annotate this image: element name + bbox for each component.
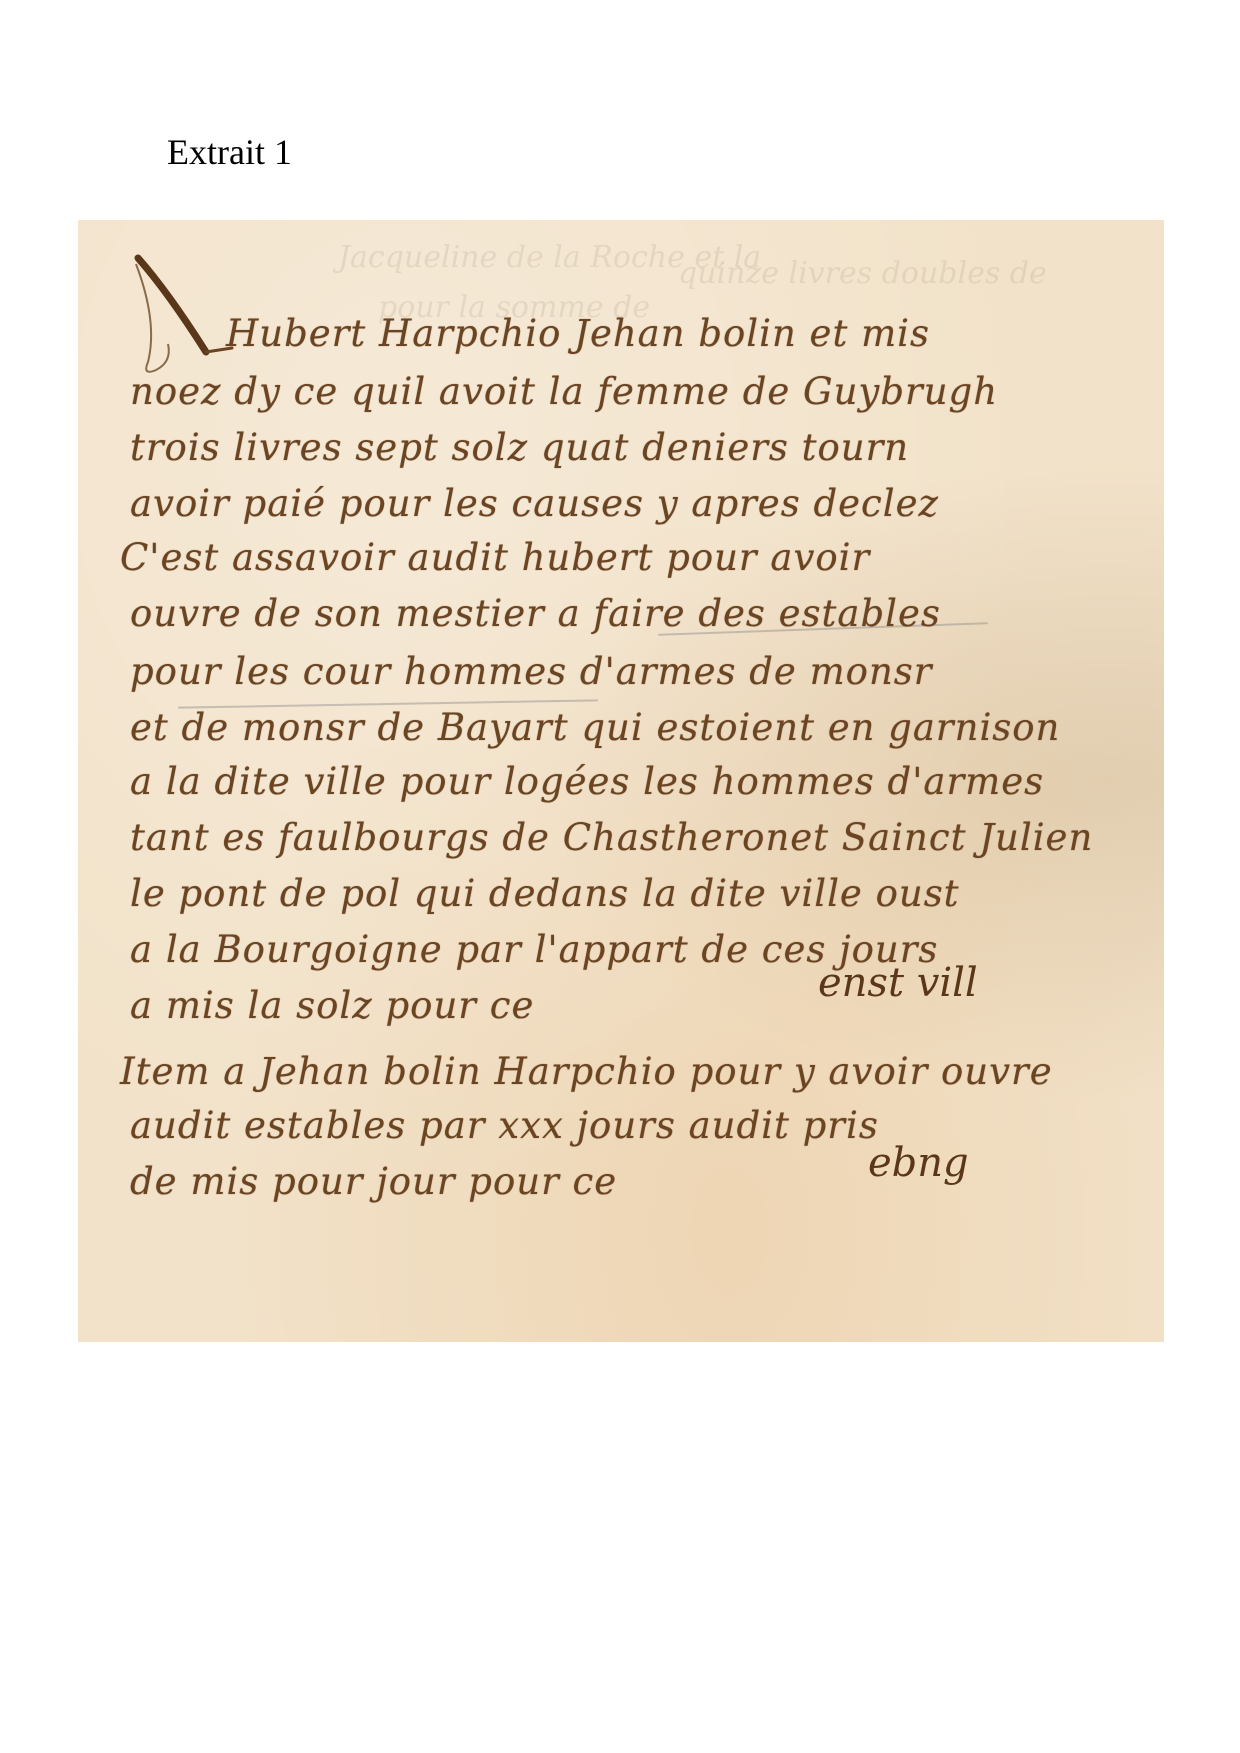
- manuscript-line-1: Hubert Harpchio Jehan bolin et mis: [226, 312, 930, 355]
- manuscript-line-4: avoir paié pour les causes y apres decle…: [130, 482, 939, 525]
- manuscript-line-9: a la dite ville pour logées les hommes d…: [130, 760, 1044, 803]
- manuscript-line-11: le pont de pol qui dedans la dite ville …: [130, 872, 960, 915]
- manuscript-line-3: trois livres sept solz quat deniers tour…: [130, 426, 909, 469]
- margin-sum: ebng: [868, 1140, 969, 1186]
- page-heading: Extrait 1: [167, 134, 292, 170]
- manuscript-line-7: pour les cour hommes d'armes de monsr: [130, 650, 932, 693]
- manuscript-line-2: noez dy ce quil avoit la femme de Guybru…: [130, 370, 998, 413]
- margin-sum: enst vill: [818, 960, 978, 1006]
- bleedthrough-text: quinze livres doubles de: [678, 256, 1047, 291]
- manuscript-line-6: ouvre de son mestier a faire des estable…: [130, 592, 941, 635]
- manuscript-line-16: de mis pour jour pour ce: [130, 1160, 617, 1203]
- manuscript-line-13: a mis la solz pour ce: [130, 984, 534, 1027]
- decorated-initial-icon: [128, 252, 238, 382]
- manuscript-line-14: Item a Jehan bolin Harpchio pour y avoir…: [120, 1050, 1053, 1093]
- manuscript-line-10: tant es faulbourgs de Chastheronet Sainc…: [130, 816, 1093, 859]
- manuscript-line-5: C'est assavoir audit hubert pour avoir: [120, 536, 870, 579]
- manuscript-line-8: et de monsr de Bayart qui estoient en ga…: [130, 706, 1060, 749]
- manuscript-line-15: audit estables par xxx jours audit pris: [130, 1104, 879, 1147]
- manuscript-scan: Jacqueline de la Roche et la quinze livr…: [78, 220, 1164, 1342]
